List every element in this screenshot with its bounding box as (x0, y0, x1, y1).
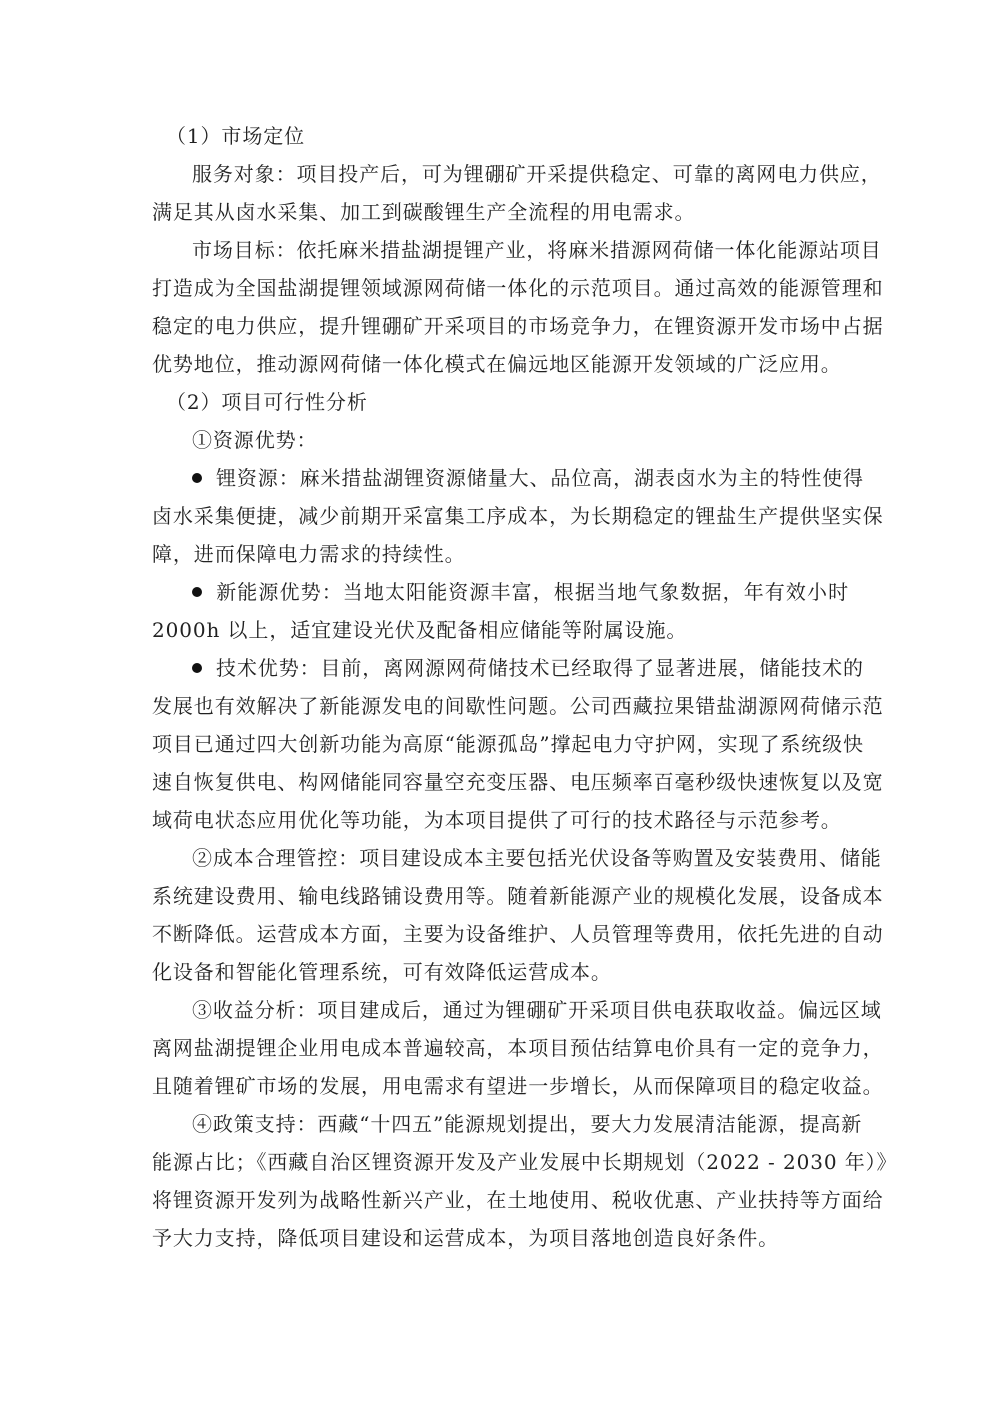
bullet-technology-line-5: 域荷电状态应用优化等功能，为本项目提供了可行的技术路径与示范参考。 (152, 801, 849, 839)
bullet-lithium-resource-line-2: 卤水采集便捷，减少前期开采富集工序成本，为长期稳定的锂盐生产提供坚实保 (152, 497, 849, 535)
bullet-text: 锂资源：麻米措盐湖锂资源储量大、品位高，湖表卤水为主的特性使得 (216, 466, 864, 490)
bullet-lithium-resource-line-1: 锂资源：麻米措盐湖锂资源储量大、品位高，湖表卤水为主的特性使得 (152, 459, 849, 497)
document-page: （1）市场定位 服务对象：项目投产后，可为锂硼矿开采提供稳定、可靠的离网电力供应… (152, 117, 849, 1257)
paragraph-market-target-line-2: 打造成为全国盐湖提锂领域源网荷储一体化的示范项目。通过高效的能源管理和 (152, 269, 849, 307)
bullet-new-energy-line-1: 新能源优势：当地太阳能资源丰富，根据当地气象数据，年有效小时 (152, 573, 849, 611)
bullet-technology-line-2: 发展也有效解决了新能源发电的间歇性问题。公司西藏拉果错盐湖源网荷储示范 (152, 687, 849, 725)
paragraph-revenue-line-1: ③收益分析：项目建成后，通过为锂硼矿开采项目供电获取收益。偏远区域 (152, 991, 849, 1029)
bullet-technology-line-1: 技术优势：目前，离网源网荷储技术已经取得了显著进展，储能技术的 (152, 649, 849, 687)
section-heading-feasibility-analysis: （2）项目可行性分析 (152, 383, 849, 421)
paragraph-policy-line-2: 能源占比；《西藏自治区锂资源开发及产业发展中长期规划（2022 - 2030 年… (152, 1143, 849, 1181)
bullet-technology-line-3: 项目已通过四大创新功能为高原“能源孤岛”撑起电力守护网，实现了系统级快 (152, 725, 849, 763)
paragraph-revenue-line-2: 离网盐湖提锂企业用电成本普遍较高，本项目预估结算电价具有一定的竞争力， (152, 1029, 849, 1067)
paragraph-cost-control-line-2: 系统建设费用、输电线路铺设费用等。随着新能源产业的规模化发展，设备成本 (152, 877, 849, 915)
bullet-text: 新能源优势：当地太阳能资源丰富，根据当地气象数据，年有效小时 (216, 580, 849, 604)
bullet-technology-line-4: 速自恢复供电、构网储能同容量空充变压器、电压频率百毫秒级快速恢复以及宽 (152, 763, 849, 801)
subheading-resource-advantage: ①资源优势： (152, 421, 849, 459)
bullet-icon (192, 473, 202, 483)
section-heading-market-positioning: （1）市场定位 (152, 117, 849, 155)
bullet-text: 技术优势：目前，离网源网荷储技术已经取得了显著进展，储能技术的 (216, 656, 864, 680)
paragraph-revenue-line-3: 且随着锂矿市场的发展，用电需求有望进一步增长，从而保障项目的稳定收益。 (152, 1067, 849, 1105)
paragraph-cost-control-line-4: 化设备和智能化管理系统，可有效降低运营成本。 (152, 953, 849, 991)
bullet-new-energy-line-2: 2000h 以上，适宜建设光伏及配备相应储能等附属设施。 (152, 611, 849, 649)
paragraph-policy-line-4: 予大力支持，降低项目建设和运营成本，为项目落地创造良好条件。 (152, 1219, 849, 1257)
bullet-lithium-resource-line-3: 障，进而保障电力需求的持续性。 (152, 535, 849, 573)
paragraph-policy-line-1: ④政策支持：西藏“十四五”能源规划提出，要大力发展清洁能源，提高新 (152, 1105, 849, 1143)
bullet-icon (192, 587, 202, 597)
paragraph-service-target-line-1: 服务对象：项目投产后，可为锂硼矿开采提供稳定、可靠的离网电力供应， (152, 155, 849, 193)
paragraph-cost-control-line-3: 不断降低。运营成本方面，主要为设备维护、人员管理等费用，依托先进的自动 (152, 915, 849, 953)
paragraph-policy-line-3: 将锂资源开发列为战略性新兴产业，在土地使用、税收优惠、产业扶持等方面给 (152, 1181, 849, 1219)
paragraph-cost-control-line-1: ②成本合理管控：项目建设成本主要包括光伏设备等购置及安装费用、储能 (152, 839, 849, 877)
paragraph-market-target-line-1: 市场目标：依托麻米措盐湖提锂产业，将麻米措源网荷储一体化能源站项目 (152, 231, 849, 269)
paragraph-market-target-line-3: 稳定的电力供应，提升锂硼矿开采项目的市场竞争力，在锂资源开发市场中占据 (152, 307, 849, 345)
bullet-icon (192, 663, 202, 673)
paragraph-service-target-line-2: 满足其从卤水采集、加工到碳酸锂生产全流程的用电需求。 (152, 193, 849, 231)
paragraph-market-target-line-4: 优势地位，推动源网荷储一体化模式在偏远地区能源开发领域的广泛应用。 (152, 345, 849, 383)
